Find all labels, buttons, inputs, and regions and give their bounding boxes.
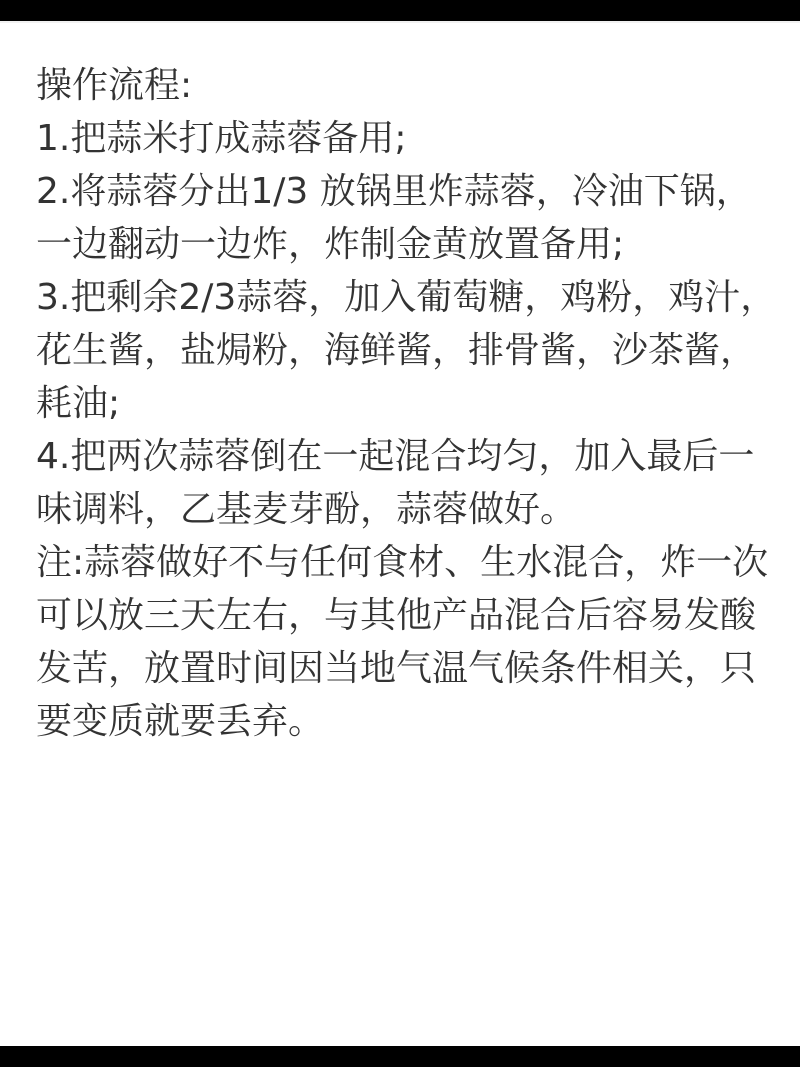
recipe-note-line-4: 要变质就要丢弃。 (0, 695, 800, 748)
recipe-note-line-1: 注:蒜蓉做好不与任何食材、生水混合，炸一次 (0, 536, 800, 589)
recipe-step-4-line-1: 4.把两次蒜蓉倒在一起混合均匀，加入最后一 (0, 430, 800, 483)
recipe-note-line-3: 发苦，放置时间因当地气温气候条件相关，只 (0, 642, 800, 695)
recipe-step-3-line-1: 3.把剩余2/3蒜蓉，加入葡萄糖，鸡粉，鸡汁， (0, 271, 800, 324)
recipe-step-1: 1.把蒜米打成蒜蓉备用; (0, 112, 800, 165)
top-letterbox-bar (0, 0, 800, 21)
recipe-note-line-2: 可以放三天左右，与其他产品混合后容易发酸 (0, 589, 800, 642)
recipe-heading: 操作流程: (0, 59, 800, 112)
recipe-step-2-line-2: 一边翻动一边炸，炸制金黄放置备用; (0, 218, 800, 271)
recipe-step-4-line-2: 味调料，乙基麦芽酚，蒜蓉做好。 (0, 483, 800, 536)
recipe-step-3-line-3: 耗油; (0, 377, 800, 430)
recipe-step-3-line-2: 花生酱，盐焗粉，海鲜酱，排骨酱，沙茶酱， (0, 324, 800, 377)
recipe-text-block: 操作流程: 1.把蒜米打成蒜蓉备用; 2.将蒜蓉分出1/3 放锅里炸蒜蓉，冷油下… (0, 23, 800, 748)
bottom-letterbox-bar (0, 1046, 800, 1067)
recipe-step-2-line-1: 2.将蒜蓉分出1/3 放锅里炸蒜蓉，冷油下锅， (0, 165, 800, 218)
